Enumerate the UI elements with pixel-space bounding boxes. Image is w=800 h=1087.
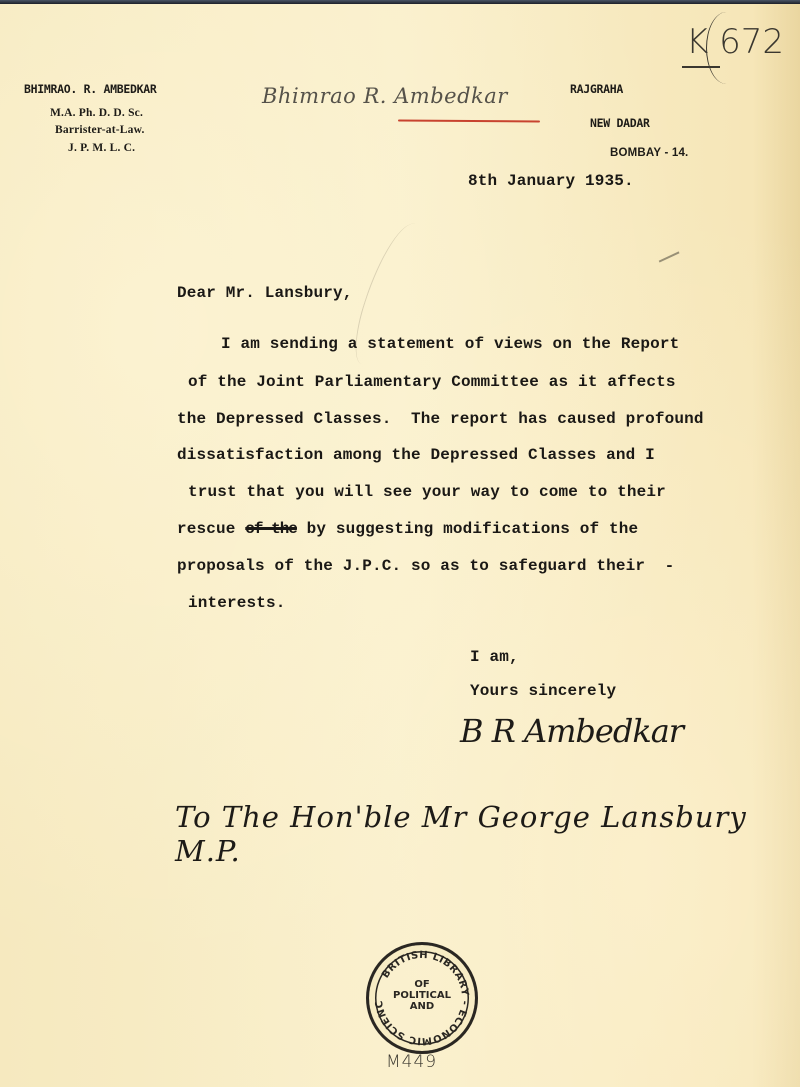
letterhead-city: BOMBAY - 14. — [610, 147, 688, 159]
body-line-8: interests. — [188, 594, 286, 612]
letter-date: 8th January 1935. — [468, 172, 634, 190]
body-line-1: I am sending a statement of views on the… — [221, 335, 679, 353]
letterhead-title: Barrister-at-Law. — [55, 124, 145, 136]
salutation: Dear Mr. Lansbury, — [177, 284, 353, 302]
struck-out-text: of the — [245, 520, 297, 538]
letterhead-posts: J. P. M. L. C. — [68, 142, 135, 154]
signature: B R Ambedkar — [460, 712, 683, 750]
stamp-line-2: POLITICAL — [369, 990, 475, 1001]
letterhead-house: RAJGRAHA — [570, 82, 623, 96]
accession-number: M449 — [386, 1052, 437, 1072]
body-line-3: the Depressed Classes. The report has ca… — [177, 410, 704, 428]
handwritten-name: Bhimrao R. Ambedkar — [262, 84, 508, 108]
body-line-4: dissatisfaction among the Depressed Clas… — [177, 446, 655, 464]
stamp-center-text: OF POLITICAL AND — [369, 979, 475, 1012]
body-line-7: proposals of the J.P.C. so as to safegua… — [177, 557, 674, 575]
body-line-6-end: by suggesting modifications of the — [307, 520, 639, 538]
body-line-2: of the Joint Parliamentary Committee as … — [188, 373, 676, 391]
handwritten-addressee: To The Hon'ble Mr George Lansbury M.P. — [175, 800, 800, 868]
library-stamp: BRITISH LIBRARY - ECONOMIC SCIENCE - OF … — [366, 942, 478, 1054]
reference-underline — [682, 66, 720, 68]
reference-number: K 672 — [686, 22, 784, 62]
letterhead-locality: NEW DADAR — [590, 116, 650, 130]
body-line-6: rescue of the by suggesting modification… — [177, 520, 638, 538]
body-line-5: trust that you will see your way to come… — [188, 483, 666, 501]
stamp-line-1: OF — [369, 979, 475, 990]
closing-line-2: Yours sincerely — [470, 682, 616, 700]
letter-page — [0, 4, 800, 1087]
body-line-6-start: rescue — [177, 520, 236, 538]
stamp-line-3: AND — [369, 1001, 475, 1012]
letterhead-name: BHIMRAO. R. AMBEDKAR — [24, 82, 156, 96]
letterhead-degrees: M.A. Ph. D. D. Sc. — [50, 107, 143, 119]
closing-line-1: I am, — [470, 648, 519, 666]
